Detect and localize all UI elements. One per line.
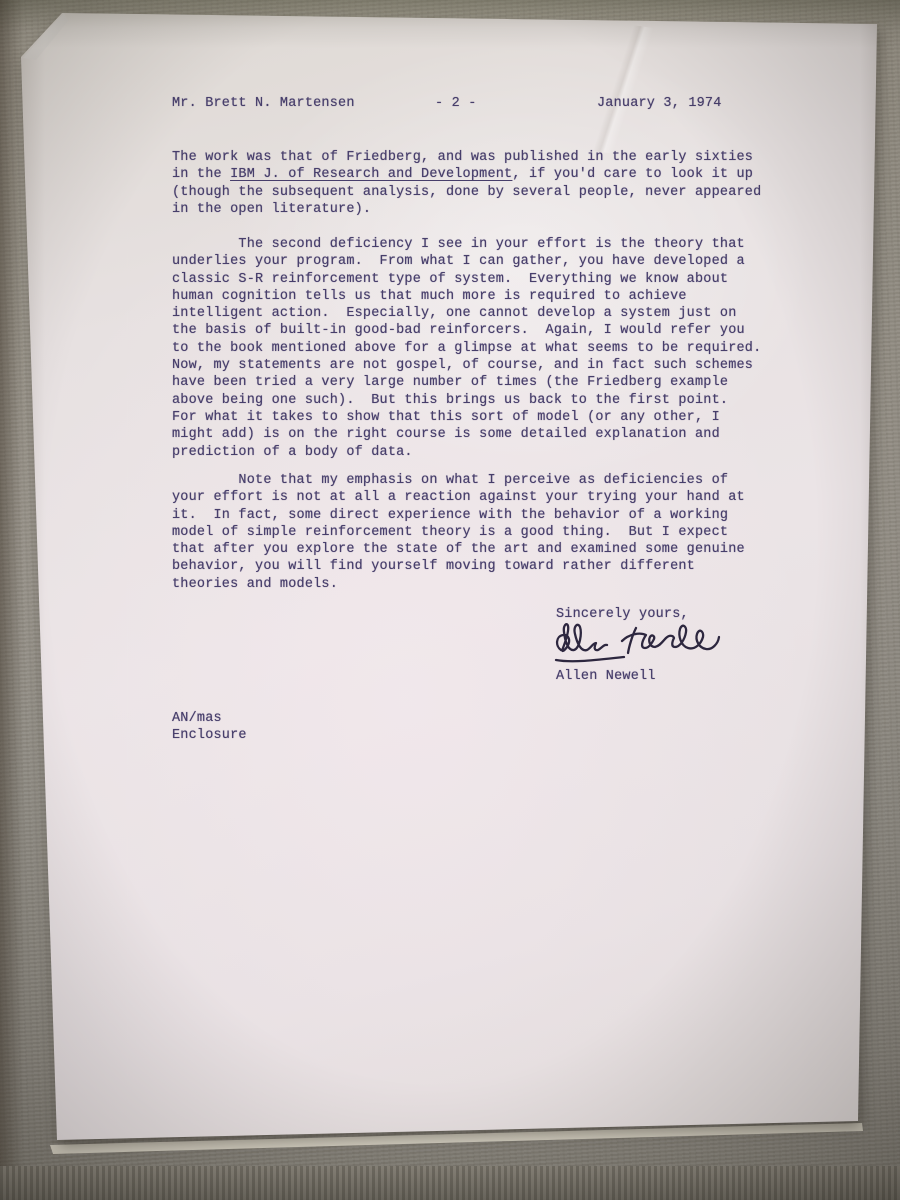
underlined-journal-title: IBM J. of Research and Development — [230, 167, 512, 182]
typed-signature-name: Allen Newell — [556, 668, 656, 685]
letter-line: your effort is not at all a reaction aga… — [172, 489, 745, 506]
corner-fold — [20, 10, 84, 64]
letter-line: the basis of built-in good-bad reinforce… — [172, 322, 761, 339]
letter-line: in the IBM J. of Research and Developmen… — [172, 166, 761, 183]
letter-line: it. In fact, some direct experience with… — [172, 507, 745, 524]
letter-line: classic S-R reinforcement type of system… — [172, 271, 761, 288]
letter-line: (though the subsequent analysis, done by… — [172, 184, 761, 201]
page-number: - 2 - — [435, 95, 477, 112]
enclosure-notation: Enclosure — [172, 727, 247, 744]
letter-line: in the open literature). — [172, 201, 761, 218]
letter-line: that after you explore the state of the … — [172, 541, 745, 558]
photograph-of-letter: Mr. Brett N. Martensen - 2 - January 3, … — [0, 0, 900, 1200]
letter-line: above being one such). But this brings u… — [172, 392, 761, 409]
letter-date: January 3, 1974 — [597, 95, 722, 112]
letter-line: For what it takes to show that this sort… — [172, 409, 761, 426]
paragraph-note-emphasis: Note that my emphasis on what I perceive… — [172, 472, 745, 593]
reference-initials: AN/mas — [172, 710, 222, 727]
paragraph-second-deficiency: The second deficiency I see in your effo… — [172, 236, 761, 461]
letter-line: human cognition tells us that much more … — [172, 288, 761, 305]
paper-shadow: Mr. Brett N. Martensen - 2 - January 3, … — [0, 0, 900, 1200]
letter-line: might add) is on the right course is som… — [172, 426, 761, 443]
letter-page: Mr. Brett N. Martensen - 2 - January 3, … — [0, 0, 900, 1200]
paper-crease — [566, 18, 673, 159]
letter-line: The second deficiency I see in your effo… — [172, 236, 761, 253]
letter-line: Note that my emphasis on what I perceive… — [172, 472, 745, 489]
letter-line: Now, my statements are not gospel, of co… — [172, 357, 761, 374]
closing-salutation: Sincerely yours, — [556, 606, 689, 623]
letter-line: intelligent action. Especially, one cann… — [172, 305, 761, 322]
letter-line: to the book mentioned above for a glimps… — [172, 340, 761, 357]
letter-line: The work was that of Friedberg, and was … — [172, 149, 761, 166]
letter-line: theories and models. — [172, 576, 745, 593]
letter-line: behavior, you will find yourself moving … — [172, 558, 745, 575]
recipient-name: Mr. Brett N. Martensen — [172, 95, 355, 112]
letter-line: underlies your program. From what I can … — [172, 253, 761, 270]
letter-line: prediction of a body of data. — [172, 444, 761, 461]
handwritten-signature-allen-newell — [552, 622, 724, 668]
letter-line: have been tried a very large number of t… — [172, 374, 761, 391]
paragraph-friedberg: The work was that of Friedberg, and was … — [172, 149, 761, 218]
letter-line: model of simple reinforcement theory is … — [172, 524, 745, 541]
